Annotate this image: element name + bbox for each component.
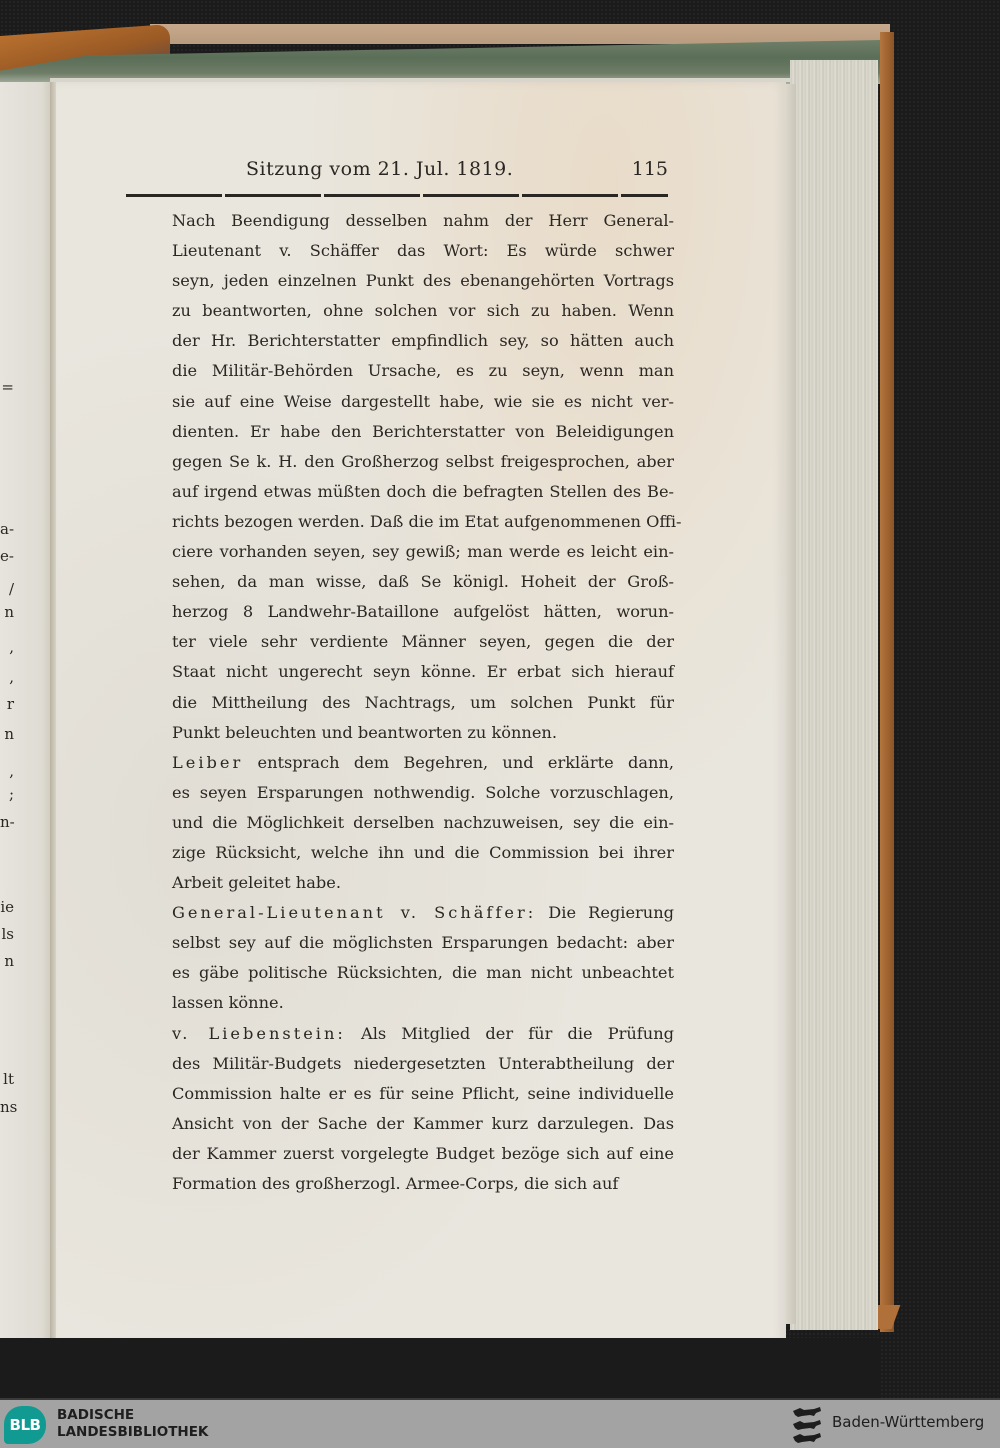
- paragraph: Nach Beendigung desselben nahm der Herr …: [128, 206, 674, 748]
- footer-bar: BLB BADISCHE LANDESBIBLIOTHEK Baden-Würt…: [0, 1398, 1000, 1448]
- text-line: gegen Se k. H. den Großherzog selbst fre…: [128, 447, 674, 477]
- text-line: zige Rücksicht, welche ihn und die Commi…: [128, 838, 674, 868]
- left-page-fragment: lt: [0, 1070, 14, 1088]
- text-line: seyn, jeden einzelnen Punkt des ebenange…: [128, 266, 674, 296]
- book-cover-top: [150, 24, 890, 44]
- text-line: lassen könne.: [128, 988, 674, 1018]
- paragraph: Leiber entsprach dem Begehren, und erklä…: [128, 748, 674, 898]
- lions-coat-of-arms-icon: [790, 1405, 824, 1445]
- text-line: Leiber entsprach dem Begehren, und erklä…: [128, 748, 674, 778]
- left-page-fragment: e-: [0, 547, 14, 565]
- text-line: es seyen Ersparungen nothwendig. Solche …: [128, 778, 674, 808]
- background-cloth: [0, 1338, 880, 1398]
- state-name[interactable]: Baden-Württemberg: [832, 1413, 984, 1431]
- left-page-fragment: n: [0, 603, 14, 621]
- blb-logo[interactable]: BLB: [4, 1406, 46, 1444]
- left-page-fragment: ,: [0, 762, 14, 780]
- text-line: Ansicht von der Sache der Kammer kurz da…: [128, 1109, 674, 1139]
- library-name-line1: BADISCHE: [57, 1407, 208, 1424]
- text-line: zu beantworten, ohne solchen vor sich zu…: [128, 296, 674, 326]
- left-page-fragment: n-: [0, 813, 14, 831]
- page-block-fore-edge: [790, 60, 878, 1330]
- left-page-fragment: r: [0, 695, 14, 713]
- left-page-fragment: ,: [0, 668, 14, 686]
- text-line: sie auf eine Weise dargestellt habe, wie…: [128, 387, 674, 417]
- text-line: auf irgend etwas müßten doch die befragt…: [128, 477, 674, 507]
- book-cover-right: [880, 32, 894, 1332]
- text-line: v. Liebenstein: Als Mitglied der für die…: [128, 1019, 674, 1049]
- speaker-name: Leiber: [172, 753, 243, 772]
- text-line: Arbeit geleitet habe.: [128, 868, 674, 898]
- running-title: Sitzung vom 21. Jul. 1819.: [246, 158, 513, 180]
- blb-logo-text: BLB: [10, 1416, 41, 1434]
- left-page-fragment: ;: [0, 785, 14, 803]
- text-line: Commission halte er es für seine Pflicht…: [128, 1079, 674, 1109]
- left-page-fragment: ls: [0, 925, 14, 943]
- left-page-fragment: a-: [0, 520, 14, 538]
- text-line: der Hr. Berichterstatter empfindlich sey…: [128, 326, 674, 356]
- text-line: ciere vorhanden seyen, sey gewiß; man we…: [128, 537, 674, 567]
- left-page-fragment: ,: [0, 638, 14, 656]
- text-line: der Kammer zuerst vorgelegte Budget bezö…: [128, 1139, 674, 1169]
- library-name-line2: LANDESBIBLIOTHEK: [57, 1424, 208, 1441]
- text-line: Formation des großherzogl. Armee-Corps, …: [128, 1169, 674, 1199]
- text-line: und die Möglichkeit derselben nachzuweis…: [128, 808, 674, 838]
- text-line: dienten. Er habe den Berichterstatter vo…: [128, 417, 674, 447]
- text-line: die Militär-Behörden Ursache, es zu seyn…: [128, 356, 674, 386]
- text-line: die Mittheilung des Nachtrags, um solche…: [128, 688, 674, 718]
- text-line: selbst sey auf die möglichsten Ersparung…: [128, 928, 674, 958]
- text-line: Lieutenant v. Schäffer das Wort: Es würd…: [128, 236, 674, 266]
- line-text: Als Mitglied der für die Prüfung: [361, 1024, 674, 1043]
- text-line: sehen, da man wisse, daß Se königl. Hohe…: [128, 567, 674, 597]
- line-text: Die Regierung: [548, 903, 674, 922]
- left-page-fragment: n: [0, 725, 14, 743]
- body-text: Nach Beendigung desselben nahm der Herr …: [128, 206, 674, 1199]
- text-line: Punkt beleuchten und beantworten zu könn…: [128, 718, 674, 748]
- left-page-fragment: n: [0, 952, 14, 970]
- page-number: 115: [632, 158, 668, 180]
- paragraph: General-Lieutenant v. Schäffer: Die Regi…: [128, 898, 674, 1018]
- book-scan: Sitzung vom 21. Jul. 1819. 115 Nach Been…: [0, 0, 1000, 1398]
- text-line: herzog 8 Landwehr-Bataillone aufgelöst h…: [128, 597, 674, 627]
- left-page-fragment: /: [0, 580, 14, 598]
- running-head: Sitzung vom 21. Jul. 1819. 115: [126, 156, 668, 186]
- header-rule: [126, 194, 668, 197]
- paragraph: v. Liebenstein: Als Mitglied der für die…: [128, 1019, 674, 1200]
- speaker-name: General-Lieutenant v. Schäffer:: [172, 903, 536, 922]
- text-line: es gäbe politische Rücksichten, die man …: [128, 958, 674, 988]
- text-line: General-Lieutenant v. Schäffer: Die Regi…: [128, 898, 674, 928]
- text-line: richts bezogen werden. Daß die im Etat a…: [128, 507, 674, 537]
- text-line: Nach Beendigung desselben nahm der Herr …: [128, 206, 674, 236]
- text-line: des Militär-Budgets niedergesetzten Unte…: [128, 1049, 674, 1079]
- line-text: entsprach dem Begehren, und erklärte dan…: [257, 753, 674, 772]
- speaker-name: v. Liebenstein:: [172, 1024, 346, 1043]
- library-name[interactable]: BADISCHE LANDESBIBLIOTHEK: [57, 1407, 208, 1441]
- left-page-fragment: ie: [0, 898, 14, 916]
- left-page-fragment: ns: [0, 1098, 14, 1116]
- text-line: Staat nicht ungerecht seyn könne. Er erb…: [128, 657, 674, 687]
- text-line: ter viele sehr verdiente Männer seyen, g…: [128, 627, 674, 657]
- left-page-fragment: =: [0, 378, 14, 396]
